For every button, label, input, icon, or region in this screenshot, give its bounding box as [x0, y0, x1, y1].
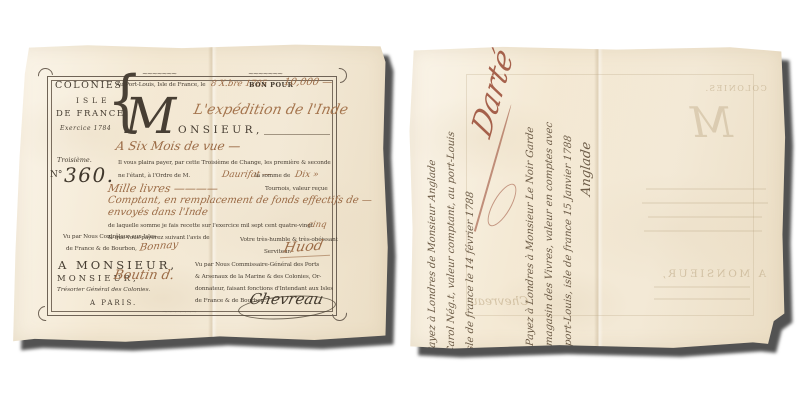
- endorsement1-line3: isle de france le 14 février 1788: [465, 191, 476, 355]
- handwritten-expedition: L'expédition de l'Inde: [192, 102, 349, 118]
- issuer-exercice: Exercice 1784: [60, 125, 111, 132]
- ghost-text-line: [648, 216, 762, 218]
- ghost-text-line: [646, 188, 766, 190]
- body-line-2: ne l'étant, à l'Ordre de M.: [118, 173, 190, 179]
- ghost-text-line: [654, 286, 750, 288]
- frame-squiggle-ornament: ~~~~~~~: [142, 70, 176, 78]
- ghost-issuer-title: COLONIES.: [704, 84, 767, 93]
- bill-number: 360.: [64, 163, 115, 187]
- handwritten-value-2: envoyés dans l'Inde: [107, 207, 209, 218]
- endorsement2-line2: magasin des Vivres, valeur en comptes av…: [544, 121, 555, 347]
- endorsement2-line3: port-Louis, isle de france 15 Janvier 17…: [563, 135, 574, 347]
- two-sided-bill-photo: ~~~~~~~ ~~~~~~~ ~~~~~~~ COLONIES. ISLE D…: [0, 0, 800, 400]
- body-line-3: Tournois, valeur reçue: [265, 186, 328, 192]
- ruled-line: [264, 134, 330, 135]
- salutation-initial: M: [125, 91, 176, 141]
- drawer-signature: Huod: [282, 238, 324, 257]
- ghost-monsieur-initial: M: [690, 98, 733, 147]
- controller-line-1: Vu par Nous Contrôleur aux Isles: [63, 234, 156, 240]
- endorsement1-line1: Payez à Londres de Monsieur Anglade: [427, 159, 438, 355]
- frame-squiggle-ornament: ~~~~~~~: [248, 70, 282, 78]
- number-prefix: N°: [50, 170, 62, 180]
- endorsement2-line1: Payez à Londres à Monsieur Le Noir Garde: [525, 126, 536, 347]
- addressee-line-4: A PARIS.: [90, 299, 137, 307]
- handwritten-sum-units: Dix »: [294, 170, 319, 180]
- handwritten-value-1: Comptant, en remplacement de fonds effec…: [107, 195, 373, 206]
- ghost-text-line: [654, 298, 750, 300]
- handwritten-addressee: Boutin d.: [113, 268, 176, 283]
- issuer-line2: ISLE: [76, 96, 111, 105]
- body-line-1: Il vous plaira payer, par cette Troisièm…: [118, 160, 331, 166]
- salutation-rest: ONSIEUR,: [178, 124, 263, 136]
- bill-back-photo: COLONIES. M A MONSIEUR, Chevreau Payez à…: [408, 46, 787, 350]
- handwritten-amount: 10,000 —: [283, 77, 333, 88]
- addressee-line-3: Trésorier Général des Colonies.: [57, 287, 150, 293]
- bill-front-photo: ~~~~~~~ ~~~~~~~ ~~~~~~~ COLONIES. ISLE D…: [12, 44, 390, 343]
- body-line-4: de laquelle somme je fais recette sur l'…: [108, 223, 313, 229]
- body-line-2b: la somme de: [255, 173, 290, 179]
- frame-squiggle-ornament: ~~~~~~~: [162, 308, 196, 316]
- ghost-addressee: A MONSIEUR,: [660, 268, 766, 280]
- endorser-signature: Anglade: [579, 141, 594, 197]
- endorsement1-line2: Carol Nég.t, valeur comptant, au port-Lo…: [446, 131, 457, 355]
- handwritten-sum-line: Mille livres ————: [107, 182, 219, 195]
- ghost-text-line: [642, 202, 768, 204]
- commissaire-line-2: & Arsenaux de la Marine & des Colonies, …: [195, 274, 321, 280]
- bill-front-paper: ~~~~~~~ ~~~~~~~ ~~~~~~~ COLONIES. ISLE D…: [12, 44, 390, 343]
- bill-back-paper: COLONIES. M A MONSIEUR, Chevreau Payez à…: [408, 46, 787, 350]
- controller-line-2: de France & de Bourbon,: [66, 246, 137, 252]
- handwritten-exercice-year: cinq: [307, 220, 327, 230]
- ghost-text-line: [644, 230, 762, 232]
- endorsement-block-2: Payez à Londres à Monsieur Le Noir Garde…: [518, 64, 596, 346]
- commissaire-line-1: Vu par Nous Commissaire-Général des Port…: [195, 262, 319, 268]
- handwritten-term: A Six Mois de vue —: [115, 139, 242, 153]
